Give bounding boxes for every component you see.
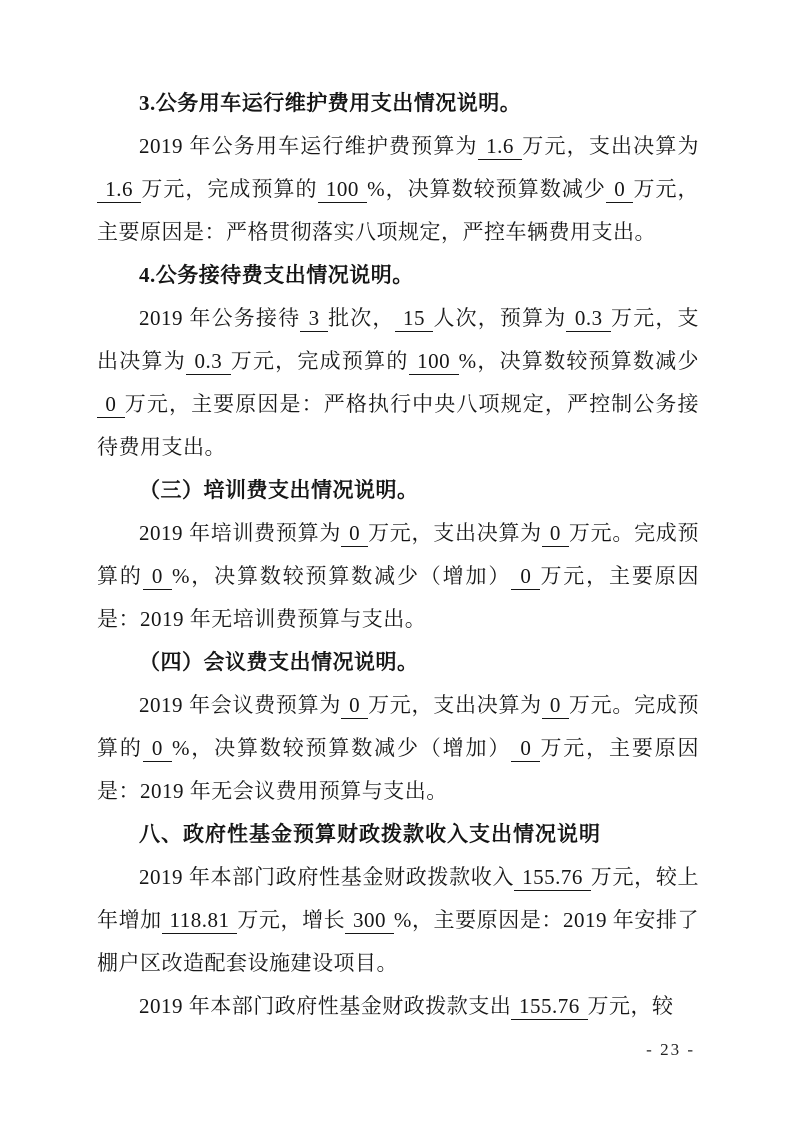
- text-run: %，决算数较预算数减少（增加）: [172, 564, 511, 588]
- underlined-value: 0: [143, 564, 172, 590]
- section-heading: 4.公务接待费支出情况说明。: [97, 254, 699, 297]
- body-paragraph: 2019 年本部门政府性基金财政拨款收入 155.76 万元，较上年增加 118…: [97, 856, 699, 985]
- underlined-value: 100: [318, 177, 368, 203]
- text-run: %，决算数较预算数减少: [459, 349, 699, 373]
- text-run: 2019 年会议费预算为: [139, 693, 341, 717]
- section-heading: 八、政府性基金预算财政拨款收入支出情况说明: [97, 813, 699, 856]
- text-run: 人次，预算为: [433, 306, 566, 330]
- underlined-value: 15: [395, 306, 434, 332]
- section-heading: （三）培训费支出情况说明。: [97, 469, 699, 512]
- underlined-value: 118.81: [162, 908, 238, 934]
- section-government-fund-budget: 八、政府性基金预算财政拨款收入支出情况说明 2019 年本部门政府性基金财政拨款…: [97, 813, 699, 1028]
- text-run: 万元，支出决算为: [522, 134, 699, 158]
- text-run: 万元，主要原因是：严格执行中央八项规定，严控制公务接待费用支出。: [97, 392, 699, 459]
- document-body: 3.公务用车运行维护费用支出情况说明。 2019 年公务用车运行维护费预算为 1…: [97, 82, 699, 1028]
- underlined-value: 0: [542, 521, 569, 547]
- underlined-value: 0: [511, 736, 540, 762]
- underlined-value: 0.3: [566, 306, 611, 332]
- section-official-reception-expense: 4.公务接待费支出情况说明。 2019 年公务接待 3 批次， 15 人次，预算…: [97, 254, 699, 469]
- body-paragraph: 2019 年会议费预算为 0 万元，支出决算为 0 万元。完成预算的 0 %，决…: [97, 684, 699, 813]
- underlined-value: 0: [606, 177, 634, 203]
- text-run: 万元，完成预算的: [231, 349, 409, 373]
- text-run: 万元，支出决算为: [368, 693, 542, 717]
- section-heading: （四）会议费支出情况说明。: [97, 641, 699, 684]
- body-paragraph: 2019 年培训费预算为 0 万元，支出决算为 0 万元。完成预算的 0 %，决…: [97, 512, 699, 641]
- section-heading: 3.公务用车运行维护费用支出情况说明。: [97, 82, 699, 125]
- section-training-expense: （三）培训费支出情况说明。 2019 年培训费预算为 0 万元，支出决算为 0 …: [97, 469, 699, 641]
- underlined-value: 0: [143, 736, 172, 762]
- underlined-value: 155.76: [514, 865, 591, 891]
- underlined-value: 3: [300, 306, 328, 332]
- text-run: %，决算数较预算数减少: [367, 177, 606, 201]
- text-run: 2019 年公务用车运行维护费预算为: [139, 134, 478, 158]
- underlined-value: 155.76: [511, 994, 587, 1020]
- text-run: 万元，支出决算为: [368, 521, 542, 545]
- underlined-value: 1.6: [97, 177, 141, 203]
- document-page: 3.公务用车运行维护费用支出情况说明。 2019 年公务用车运行维护费预算为 1…: [0, 0, 793, 1122]
- text-run: 万元，完成预算的: [141, 177, 317, 201]
- body-paragraph: 2019 年本部门政府性基金财政拨款支出 155.76 万元，较: [97, 985, 699, 1028]
- underlined-value: 0: [341, 693, 368, 719]
- underlined-value: 0: [97, 392, 125, 418]
- text-run: 2019 年培训费预算为: [139, 521, 341, 545]
- text-run: 批次，: [328, 306, 395, 330]
- underlined-value: 300: [345, 908, 394, 934]
- section-meeting-expense: （四）会议费支出情况说明。 2019 年会议费预算为 0 万元，支出决算为 0 …: [97, 641, 699, 813]
- section-vehicle-maintenance-expense: 3.公务用车运行维护费用支出情况说明。 2019 年公务用车运行维护费预算为 1…: [97, 82, 699, 254]
- text-run: 2019 年本部门政府性基金财政拨款收入: [139, 865, 514, 889]
- underlined-value: 0: [511, 564, 540, 590]
- underlined-value: 0: [542, 693, 569, 719]
- text-run: 万元，增长: [237, 908, 345, 932]
- text-run: 2019 年公务接待: [139, 306, 300, 330]
- underlined-value: 100: [409, 349, 459, 375]
- underlined-value: 0.3: [186, 349, 231, 375]
- page-number: - 23 -: [646, 1040, 695, 1060]
- text-run: 2019 年本部门政府性基金财政拨款支出: [139, 994, 511, 1018]
- text-run: 万元，较: [588, 994, 674, 1018]
- body-paragraph: 2019 年公务接待 3 批次， 15 人次，预算为 0.3 万元，支出决算为 …: [97, 297, 699, 469]
- underlined-value: 1.6: [478, 134, 523, 160]
- underlined-value: 0: [341, 521, 368, 547]
- text-run: %，决算数较预算数减少（增加）: [172, 736, 511, 760]
- body-paragraph: 2019 年公务用车运行维护费预算为 1.6 万元，支出决算为 1.6 万元，完…: [97, 125, 699, 254]
